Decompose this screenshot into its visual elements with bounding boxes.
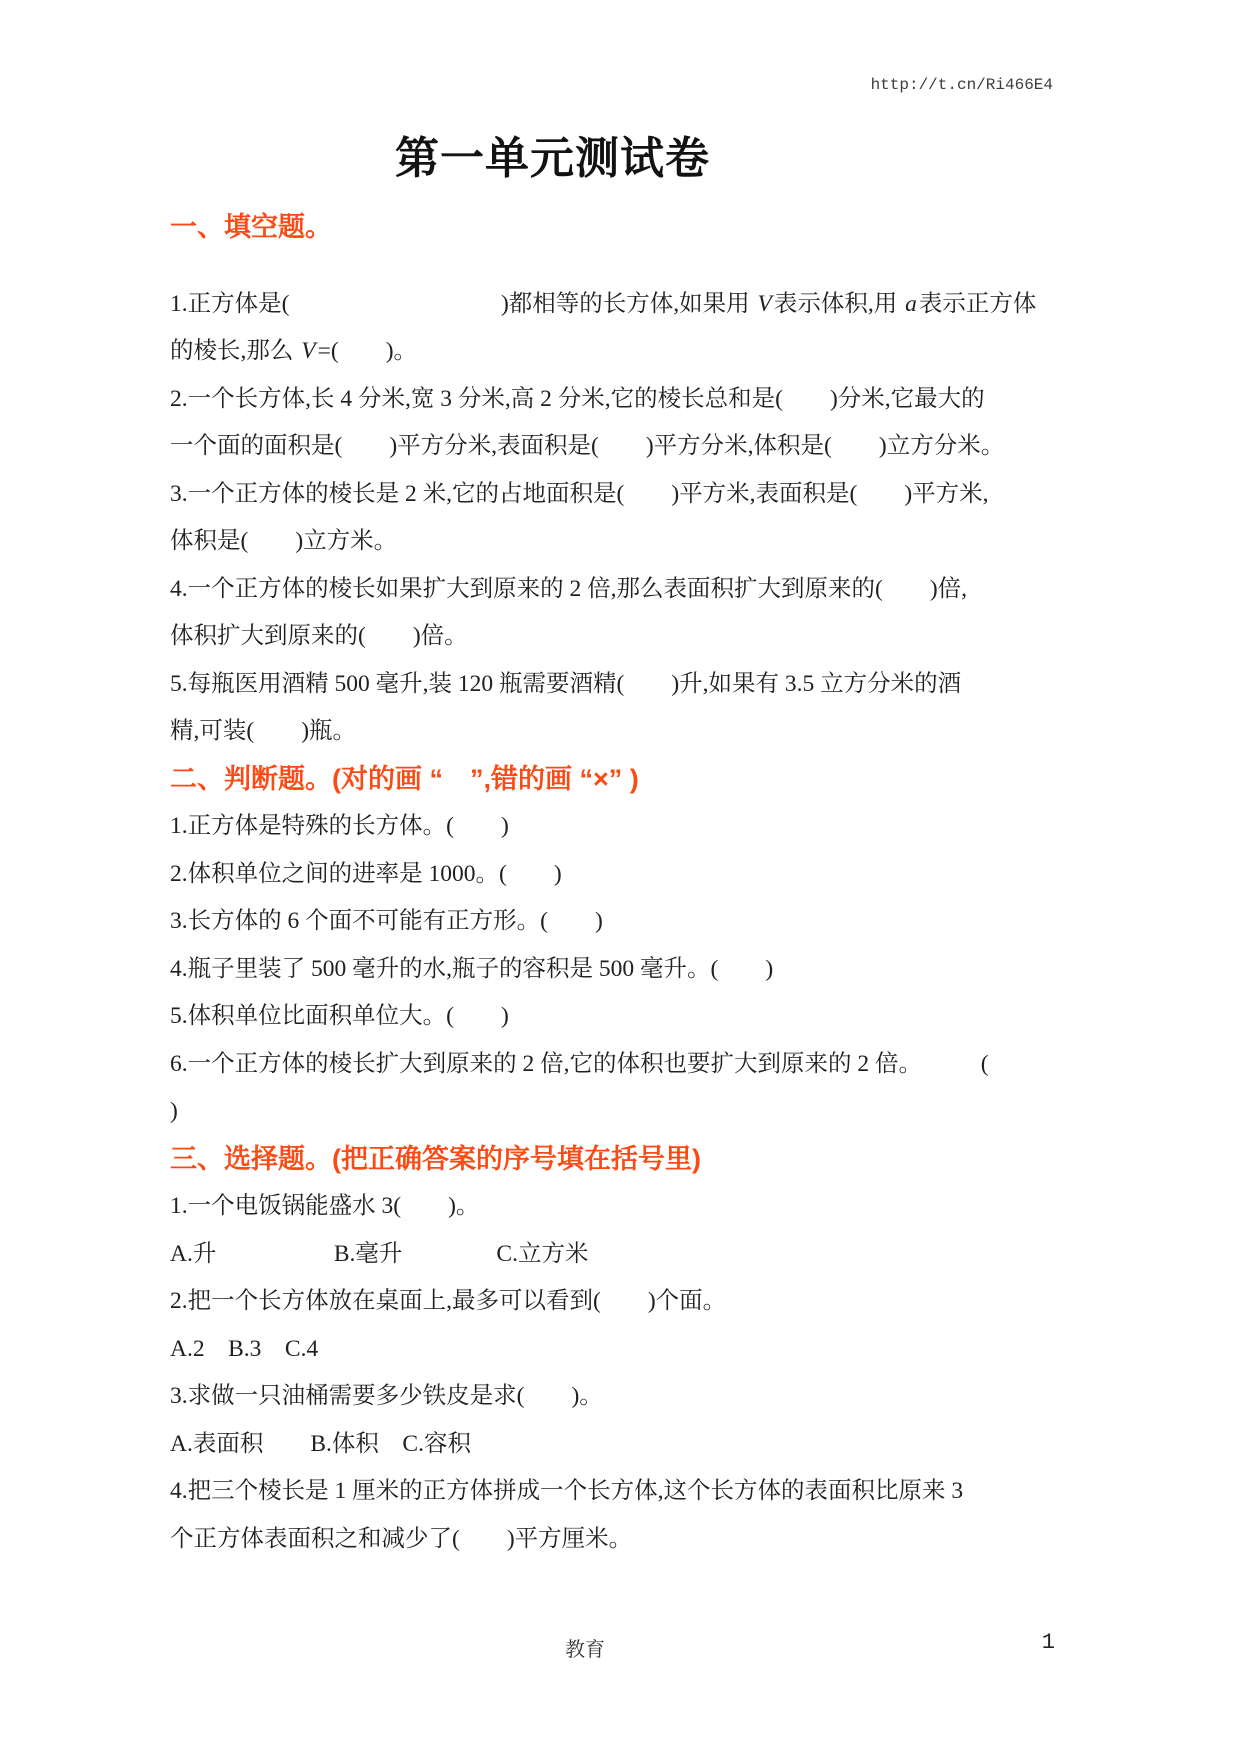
variable-v: V: [299, 338, 317, 364]
section-3-heading-note: (把正确答案的序号填在括号里): [332, 1144, 701, 1174]
text-run: 表示体积,用: [774, 291, 903, 317]
s1-question-3-line-2: 体积是( )立方米。: [170, 518, 1075, 566]
s1-question-2-line-1: 2.一个长方体,长 4 分米,宽 3 分米,高 2 分米,它的棱长总和是( )分…: [170, 376, 1075, 424]
s1-question-5-line-1: 5.每瓶医用酒精 500 毫升,装 120 瓶需要酒精( )升,如果有 3.5 …: [170, 661, 1075, 709]
paper-content: 一、填空题。 1.正方体是( )都相等的长方体,如果用 V表示体积,用 a表示正…: [170, 204, 1075, 1563]
s2-question-6-line-2: ): [170, 1088, 1075, 1136]
section-2-heading-note: (对的画 “ ”,错的画 “×” ): [332, 764, 639, 794]
section-2-heading-label: 二、判断题。: [170, 764, 332, 794]
s2-question-4: 4.瓶子里装了 500 毫升的水,瓶子的容积是 500 毫升。( ): [170, 946, 1075, 994]
text-run: =( )。: [318, 338, 417, 364]
footer-label: 教育: [0, 1633, 1170, 1662]
page-title: 第一单元测试卷: [0, 128, 1105, 190]
text-run: 1.正方体是( )都相等的长方体,如果用: [170, 291, 756, 317]
s3-question-3-options: A.表面积 B.体积 C.容积: [170, 1421, 1075, 1469]
variable-v: V: [756, 291, 774, 317]
section-3-heading-label: 三、选择题。: [170, 1144, 332, 1174]
s3-question-1: 1.一个电饭锅能盛水 3( )。: [170, 1183, 1075, 1231]
s1-question-1-line-1: 1.正方体是( )都相等的长方体,如果用 V表示体积,用 a表示正方体: [170, 281, 1075, 329]
s3-question-3: 3.求做一只油桶需要多少铁皮是求( )。: [170, 1373, 1075, 1421]
s2-question-6-line-1: 6.一个正方体的棱长扩大到原来的 2 倍,它的体积也要扩大到原来的 2 倍。 (: [170, 1041, 1075, 1089]
section-3-heading: 三、选择题。(把正确答案的序号填在括号里): [170, 1136, 1075, 1184]
s1-question-4-line-1: 4.一个正方体的棱长如果扩大到原来的 2 倍,那么表面积扩大到原来的( )倍,: [170, 566, 1075, 614]
section-2-heading: 二、判断题。(对的画 “ ”,错的画 “×” ): [170, 756, 1075, 804]
s2-question-2: 2.体积单位之间的进率是 1000。( ): [170, 851, 1075, 899]
s3-question-2: 2.把一个长方体放在桌面上,最多可以看到( )个面。: [170, 1278, 1075, 1326]
s3-question-2-options: A.2 B.3 C.4: [170, 1326, 1075, 1374]
s2-question-5: 5.体积单位比面积单位大。( ): [170, 993, 1075, 1041]
variable-a: a: [903, 291, 919, 317]
section-1-heading: 一、填空题。: [170, 204, 1075, 252]
s1-question-2-line-2: 一个面的面积是( )平方分米,表面积是( )平方分米,体积是( )立方分米。: [170, 423, 1075, 471]
s1-question-1-line-2: 的棱长,那么 V=( )。: [170, 328, 1075, 376]
text-run: 的棱长,那么: [170, 338, 299, 364]
s3-question-4-line-1: 4.把三个棱长是 1 厘米的正方体拼成一个长方体,这个长方体的表面积比原来 3: [170, 1468, 1075, 1516]
footer-page-number: 1: [1042, 1630, 1055, 1655]
s2-question-1: 1.正方体是特殊的长方体。( ): [170, 803, 1075, 851]
s1-question-4-line-2: 体积扩大到原来的( )倍。: [170, 613, 1075, 661]
s3-question-4-line-2: 个正方体表面积之和减少了( )平方厘米。: [170, 1516, 1075, 1564]
test-paper-page: http://t.cn/Ri466E4 第一单元测试卷 一、填空题。 1.正方体…: [0, 0, 1241, 1754]
s2-question-3: 3.长方体的 6 个面不可能有正方形。( ): [170, 898, 1075, 946]
text-run: 表示正方体: [919, 291, 1037, 317]
s1-question-3-line-1: 3.一个正方体的棱长是 2 米,它的占地面积是( )平方米,表面积是( )平方米…: [170, 471, 1075, 519]
s3-question-1-options: A.升 B.毫升 C.立方米: [170, 1231, 1075, 1279]
header-url: http://t.cn/Ri466E4: [871, 76, 1053, 94]
s1-question-5-line-2: 精,可装( )瓶。: [170, 708, 1075, 756]
